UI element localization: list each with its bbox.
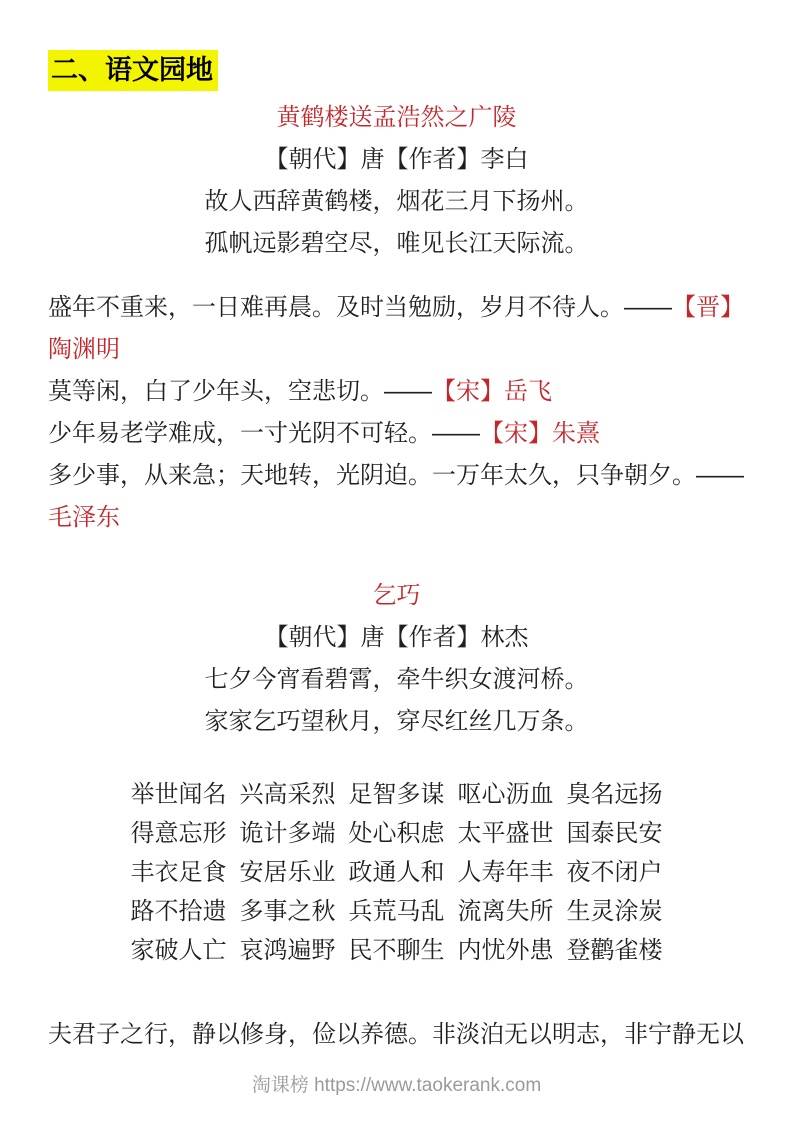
footer-watermark: 淘课榜 https://www.taokerank.com: [48, 1072, 745, 1100]
idiom: 家破人亡: [131, 931, 227, 970]
idiom: 处心积虑: [349, 814, 445, 853]
idiom: 登鹳雀楼: [567, 931, 663, 970]
poem-huanghelou: 黄鹤楼送孟浩然之广陵 【朝代】唐【作者】李白 故人西辞黄鹤楼，烟花三月下扬州。 …: [48, 97, 745, 265]
idiom: 得意忘形: [131, 814, 227, 853]
quote-text: 多少事，从来急；天地转，光阴迫。一万年太久，只争朝夕。——: [48, 462, 744, 489]
idiom-row: 路不拾遗 多事之秋 兵荒马乱 流离失所 生灵涂炭: [48, 892, 745, 931]
idiom: 人寿年丰: [458, 853, 554, 892]
quote-line: 少年易老学难成，一寸光阴不可轻。——【宋】朱熹: [48, 413, 745, 455]
idiom: 太平盛世: [458, 814, 554, 853]
quote-attribution: 【宋】岳飞: [432, 378, 552, 405]
idiom: 内忧外患: [458, 931, 554, 970]
maxim-line: 夫君子之行，静以修身，俭以养德。非淡泊无以明志，非宁静无以: [48, 1014, 745, 1056]
idiom: 国泰民安: [567, 814, 663, 853]
section-heading: 二、语文园地: [48, 50, 218, 91]
poem-title: 乞巧: [48, 575, 745, 617]
quotes-block: 盛年不重来，一日难再晨。及时当勉励，岁月不待人。——【晋】陶渊明 莫等闲，白了少…: [48, 287, 745, 539]
idiom: 夜不闭户: [567, 853, 663, 892]
idiom: 足智多谋: [349, 775, 445, 814]
quote-text: 少年易老学难成，一寸光阴不可轻。——: [48, 420, 480, 447]
poem-line: 七夕今宵看碧霄，牵牛织女渡河桥。: [48, 659, 745, 701]
idiom: 举世闻名: [131, 775, 227, 814]
idiom-row: 得意忘形 诡计多端 处心积虑 太平盛世 国泰民安: [48, 814, 745, 853]
idiom: 兴高采烈: [240, 775, 336, 814]
idiom: 兵荒马乱: [349, 892, 445, 931]
poem-qiqiao: 乞巧 【朝代】唐【作者】林杰 七夕今宵看碧霄，牵牛织女渡河桥。 家家乞巧望秋月，…: [48, 575, 745, 743]
poem-byline: 【朝代】唐【作者】李白: [48, 139, 745, 181]
idiom-row: 丰衣足食 安居乐业 政通人和 人寿年丰 夜不闭户: [48, 853, 745, 892]
quote-text: 盛年不重来，一日难再晨。及时当勉励，岁月不待人。——: [48, 294, 672, 321]
idiom-row: 举世闻名 兴高采烈 足智多谋 呕心沥血 臭名远扬: [48, 775, 745, 814]
quote-text: 莫等闲，白了少年头，空悲切。——: [48, 378, 432, 405]
quote-line: 莫等闲，白了少年头，空悲切。——【宋】岳飞: [48, 371, 745, 413]
document-page: 二、语文园地 黄鹤楼送孟浩然之广陵 【朝代】唐【作者】李白 故人西辞黄鹤楼，烟花…: [0, 0, 793, 1122]
idiom: 呕心沥血: [458, 775, 554, 814]
idiom: 政通人和: [349, 853, 445, 892]
idiom: 臭名远扬: [567, 775, 663, 814]
idiom: 路不拾遗: [131, 892, 227, 931]
poem-line: 故人西辞黄鹤楼，烟花三月下扬州。: [48, 181, 745, 223]
idiom-grid: 举世闻名 兴高采烈 足智多谋 呕心沥血 臭名远扬 得意忘形 诡计多端 处心积虑 …: [48, 775, 745, 970]
idiom: 哀鸿遍野: [240, 931, 336, 970]
idiom: 流离失所: [458, 892, 554, 931]
idiom-row: 家破人亡 哀鸿遍野 民不聊生 内忧外患 登鹳雀楼: [48, 931, 745, 970]
idiom: 多事之秋: [240, 892, 336, 931]
quote-attribution: 【宋】朱熹: [480, 420, 600, 447]
idiom: 民不聊生: [349, 931, 445, 970]
quote-attribution: 毛泽东: [48, 504, 120, 531]
idiom: 生灵涂炭: [567, 892, 663, 931]
section-heading-row: 二、语文园地: [48, 50, 745, 91]
quote-line: 盛年不重来，一日难再晨。及时当勉励，岁月不待人。——【晋】陶渊明: [48, 287, 745, 371]
idiom: 诡计多端: [240, 814, 336, 853]
poem-byline: 【朝代】唐【作者】林杰: [48, 617, 745, 659]
poem-title: 黄鹤楼送孟浩然之广陵: [48, 97, 745, 139]
idiom: 丰衣足食: [131, 853, 227, 892]
idiom: 安居乐业: [240, 853, 336, 892]
poem-line: 孤帆远影碧空尽，唯见长江天际流。: [48, 223, 745, 265]
quote-line: 多少事，从来急；天地转，光阴迫。一万年太久，只争朝夕。——毛泽东: [48, 455, 745, 539]
poem-line: 家家乞巧望秋月，穿尽红丝几万条。: [48, 701, 745, 743]
